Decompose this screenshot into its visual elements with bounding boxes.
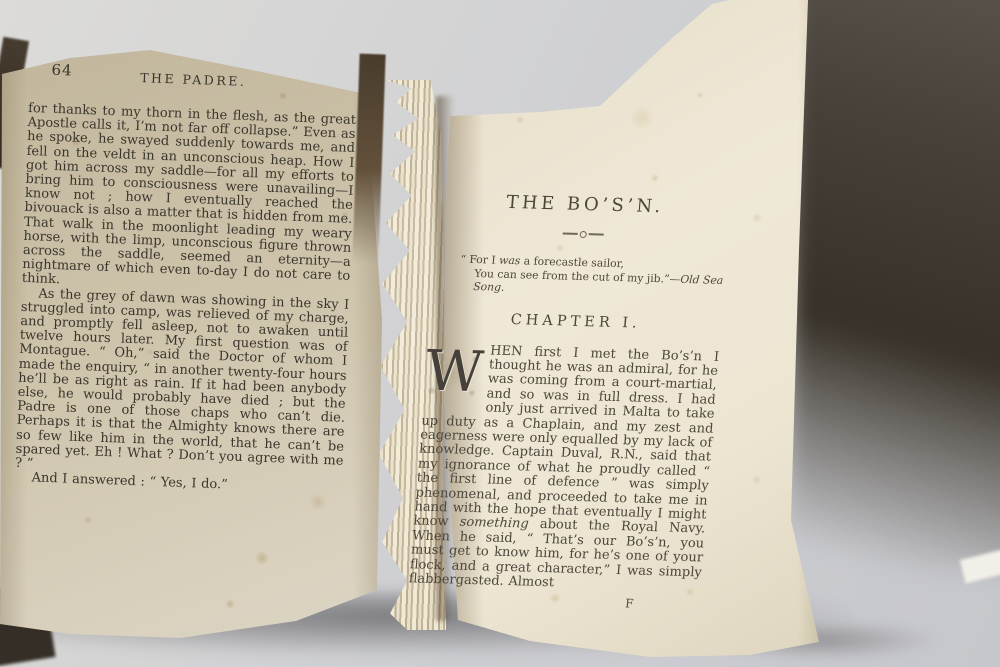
- epigraph-line2: You can see from the cut of my jib.”—Old…: [458, 266, 726, 300]
- left-page-content: 64 THE PADRE. for thanks to my thorn in …: [14, 58, 357, 497]
- photo-open-book: 64 THE PADRE. for thanks to my thorn in …: [0, 0, 1000, 667]
- paragraph: for thanks to my thorn in the flesh, as …: [22, 102, 357, 299]
- epigraph: “ For I was a forecastle sailor, You can…: [458, 253, 727, 301]
- ornament-line-right: [588, 234, 603, 236]
- section-divider-ornament: [436, 226, 729, 242]
- left-page-header: 64 THE PADRE.: [29, 58, 358, 100]
- ornament-line-left: [562, 233, 577, 235]
- running-header: THE PADRE.: [29, 66, 357, 93]
- backdrop-shadow-right: [788, 0, 1000, 570]
- left-page-body: for thanks to my thorn in the flesh, as …: [14, 102, 356, 497]
- chapter-heading: CHAPTER I.: [429, 309, 722, 333]
- drop-cap: W: [423, 344, 483, 401]
- paragraph: As the grey of dawn was showing in the s…: [15, 286, 350, 483]
- book-spine-sliver: [352, 54, 385, 265]
- right-page-body: WHEN first I met the Bo’s’n I thought he…: [408, 342, 720, 595]
- right-page-content: THE BO’S’N. “ For I was a forecastle sai…: [407, 190, 732, 613]
- ornament-circle: [579, 230, 587, 237]
